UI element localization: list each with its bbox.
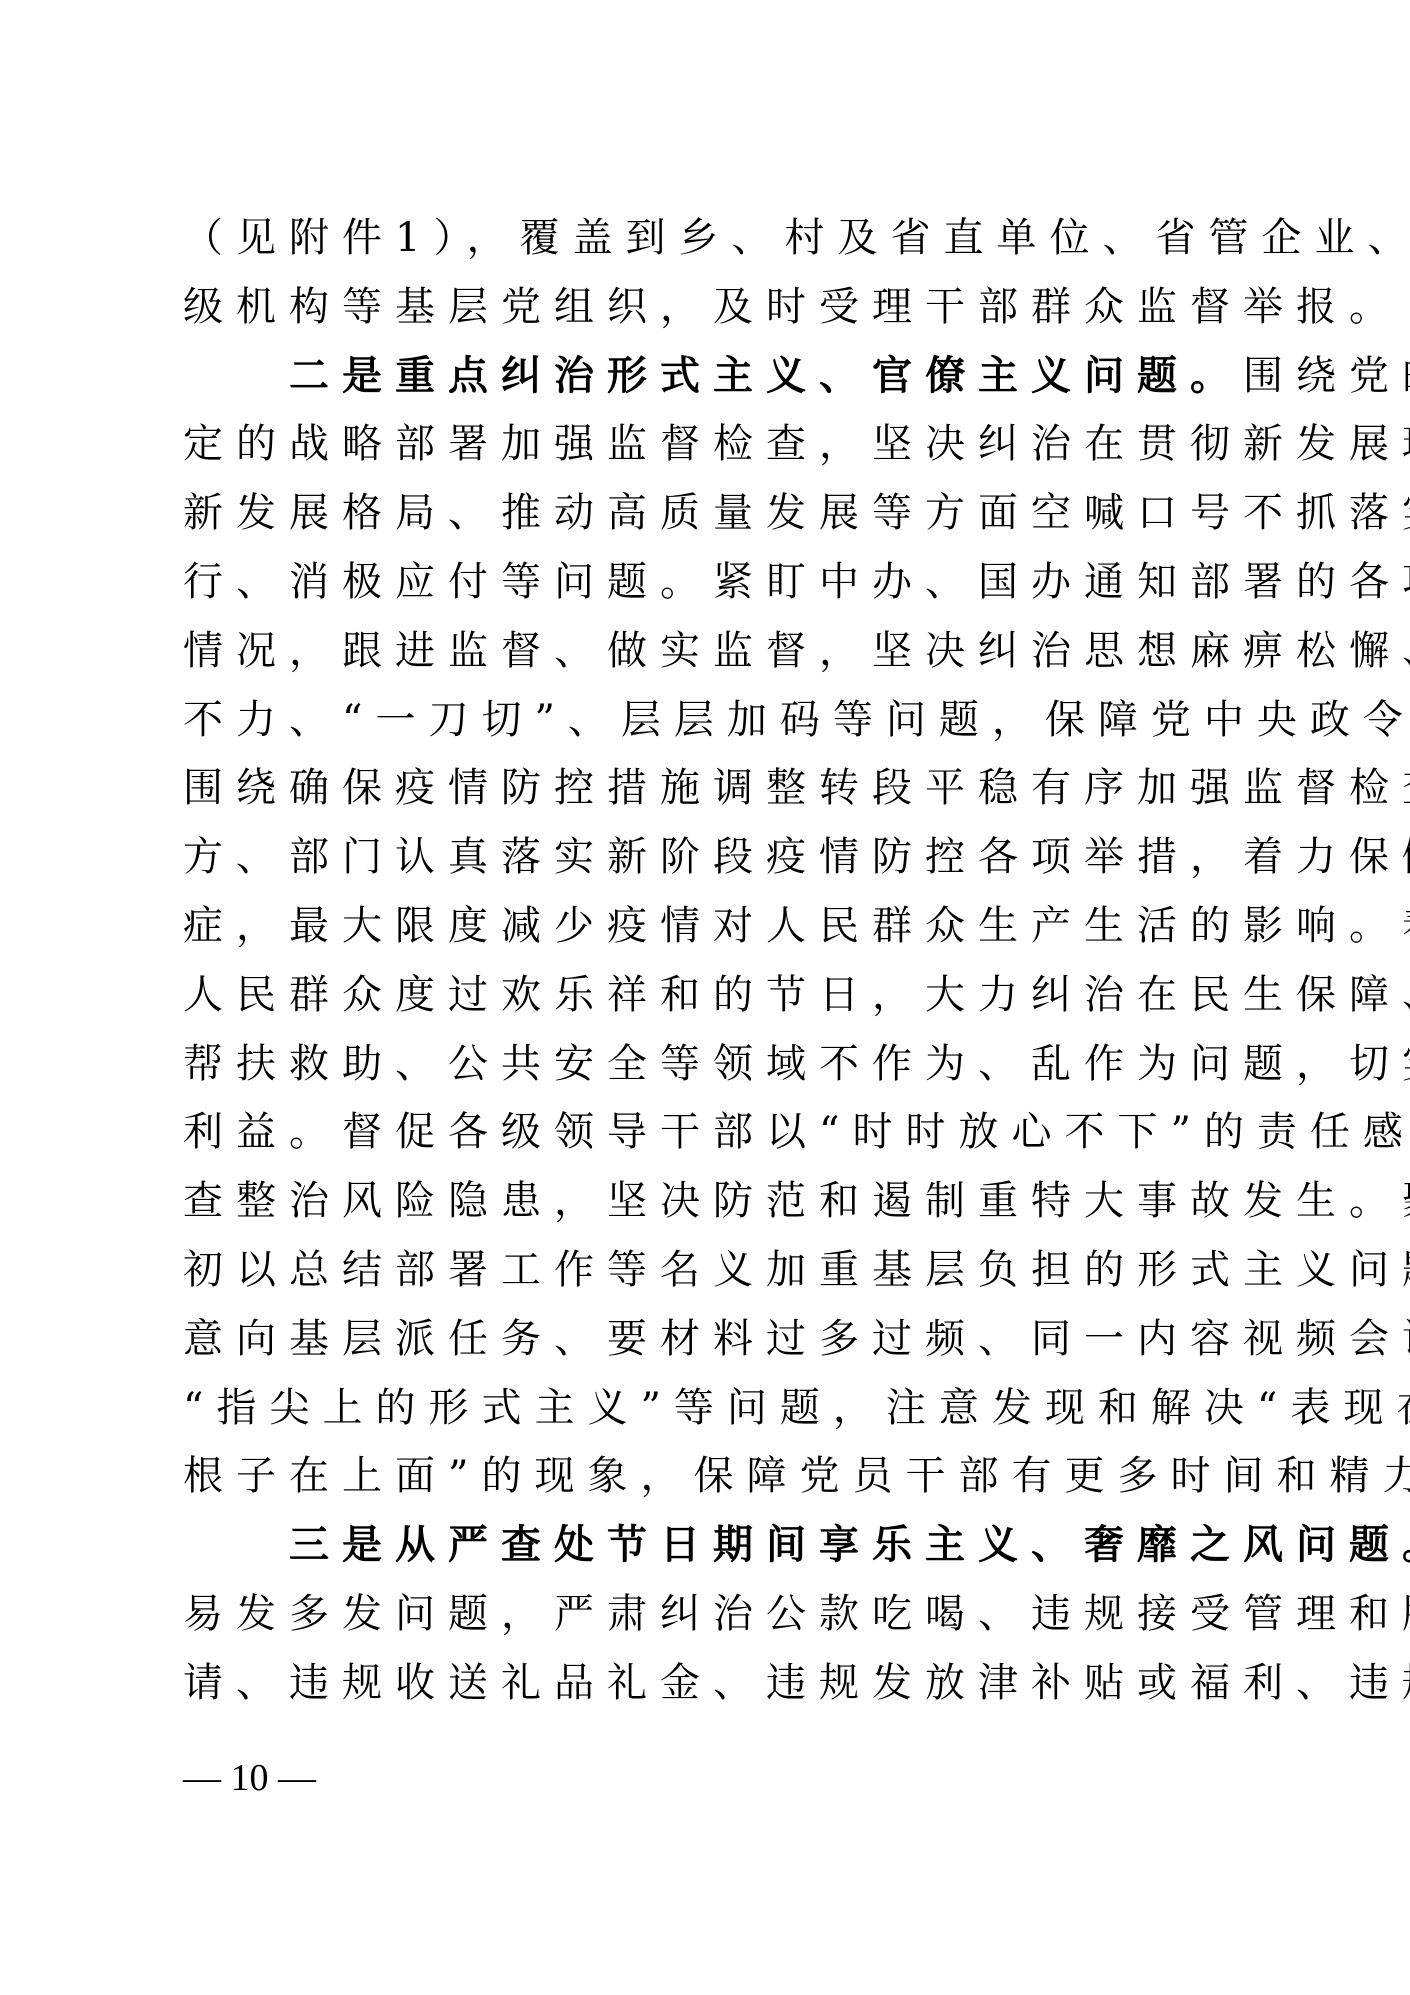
paragraph-heading: 三是从严查处节日期间享乐主义、奢靡之风问题。	[289, 1521, 1410, 1568]
body-text: （见附件1），覆盖到乡、村及省直单位、省管企业、省管高校二 级机构等基层党组织，…	[183, 204, 1258, 1718]
text-line: 围绕确保疫情防控措施调整转段平稳有序加强监督检查，推动地	[183, 754, 1258, 823]
text-line: “指尖上的形式主义”等问题，注意发现和解决“表现在基层、	[183, 1374, 1258, 1443]
text-line: 请、违规收送礼品礼金、违规发放津补贴或福利、违规操办婚丧	[183, 1649, 1258, 1718]
text-line: 定的战略部署加强监督检查，坚决纠治在贯彻新发展理念、构建	[183, 410, 1258, 479]
text-line: 情况，跟进监督、做实监督，坚决纠治思想麻痹松懈、责任落实	[183, 617, 1258, 686]
text-line: 根子在上面”的现象，保障党员干部有更多时间和精力抓落实。	[183, 1442, 1258, 1511]
text-line: 帮扶救助、公共安全等领域不作为、乱作为问题，切实维护群众	[183, 1030, 1258, 1099]
text-run: 围绕党的二十大确	[1243, 353, 1410, 399]
page-number: — 10 —	[183, 1755, 316, 1801]
paragraph-heading: 二是重点纠治形式主义、官僚主义问题。	[289, 352, 1243, 399]
text-line: 症，最大限度减少疫情对人民群众生产生活的影响。着眼于保障	[183, 892, 1258, 961]
text-line: 利益。督促各级领导干部以“时时放心不下”的责任感，深入排	[183, 1098, 1258, 1167]
paragraph-start-line: 二是重点纠治形式主义、官僚主义问题。围绕党的二十大确	[183, 342, 1258, 411]
text-line: 意向基层派任务、要材料过多过频、同一内容视频会议层层套开、	[183, 1305, 1258, 1374]
text-line: 方、部门认真落实新阶段疫情防控各项举措，着力保健康、防重	[183, 823, 1258, 892]
text-line: 初以总结部署工作等名义加重基层负担的形式主义问题，纠治随	[183, 1236, 1258, 1305]
document-page: （见附件1），覆盖到乡、村及省直单位、省管企业、省管高校二 级机构等基层党组织，…	[0, 0, 1410, 1995]
text-line: 不力、“一刀切”、层层加码等问题，保障党中央政令畅通。紧紧	[183, 686, 1258, 755]
text-line: 人民群众度过欢乐祥和的节日，大力纠治在民生保障、灾后重建、	[183, 961, 1258, 1030]
text-line: （见附件1），覆盖到乡、村及省直单位、省管企业、省管高校二	[183, 204, 1258, 273]
text-line: 易发多发问题，严肃纠治公款吃喝、违规接受管理和服务对象宴	[183, 1580, 1258, 1649]
text-line: 新发展格局、推动高质量发展等方面空喊口号不抓落实、机械执	[183, 479, 1258, 548]
paragraph-start-line: 三是从严查处节日期间享乐主义、奢靡之风问题。聚焦节点	[183, 1511, 1258, 1580]
text-line: 行、消极应付等问题。紧盯中办、国办通知部署的各项任务落实	[183, 548, 1258, 617]
text-line: 级机构等基层党组织，及时受理干部群众监督举报。	[183, 273, 1258, 342]
text-line: 查整治风险隐患，坚决防范和遏制重特大事故发生。聚焦岁末年	[183, 1167, 1258, 1236]
